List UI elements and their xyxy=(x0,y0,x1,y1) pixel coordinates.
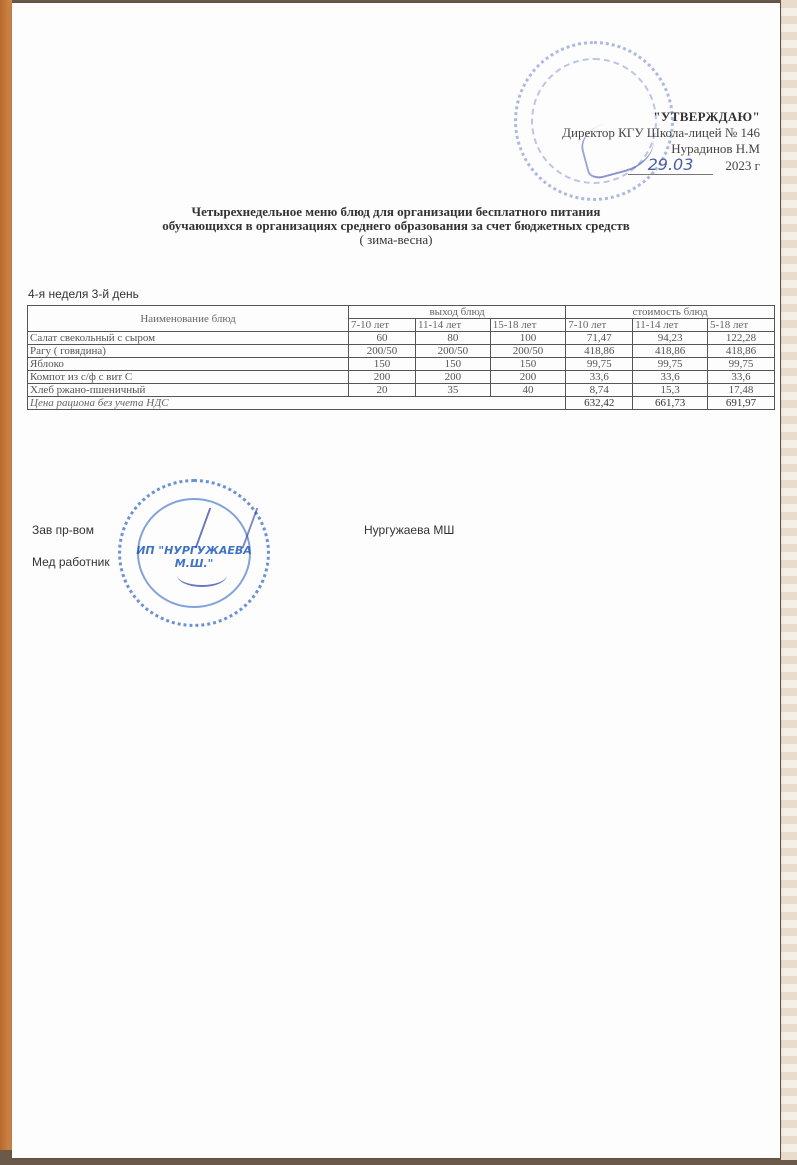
photo-background-edge-left xyxy=(0,0,12,1150)
table-header-row: Наименование блюд выход блюд стоимость б… xyxy=(28,306,775,319)
yield-value: 200/50 xyxy=(415,345,490,358)
yield-value: 200/50 xyxy=(349,345,416,358)
yield-value: 60 xyxy=(349,332,416,345)
header-cost-age: 11-14 лет xyxy=(633,319,708,332)
cost-value: 99,75 xyxy=(633,358,708,371)
yield-value: 150 xyxy=(349,358,416,371)
header-cost-age: 7-10 лет xyxy=(566,319,633,332)
document-title: Четырехнедельное меню блюд для организац… xyxy=(12,205,780,247)
yield-value: 200/50 xyxy=(490,345,565,358)
total-label: Цена рациона без учета НДС xyxy=(28,397,566,410)
table-row: Хлеб ржано-пшеничный2035408,7415,317,48 xyxy=(28,384,775,397)
week-day-label: 4-я неделя 3-й день xyxy=(28,287,139,301)
approval-year: 2023 г xyxy=(725,158,760,173)
cost-value: 99,75 xyxy=(708,358,775,371)
yield-value: 35 xyxy=(415,384,490,397)
cost-value: 99,75 xyxy=(566,358,633,371)
cost-value: 33,6 xyxy=(708,371,775,384)
dish-name: Рагу ( говядина) xyxy=(28,345,349,358)
total-value: 691,97 xyxy=(708,397,775,410)
cost-value: 418,86 xyxy=(566,345,633,358)
production-manager-name: Нургужаева МШ xyxy=(364,523,454,537)
yield-value: 200 xyxy=(415,371,490,384)
header-cost: стоимость блюд xyxy=(566,306,775,319)
cost-value: 8,74 xyxy=(566,384,633,397)
dish-name: Хлеб ржано-пшеничный xyxy=(28,384,349,397)
cost-value: 122,28 xyxy=(708,332,775,345)
approval-date: 29.032023 г xyxy=(628,157,760,174)
header-yield-age: 11-14 лет xyxy=(415,319,490,332)
cost-value: 418,86 xyxy=(633,345,708,358)
approval-date-handwritten: 29.03 xyxy=(628,155,714,175)
cost-value: 33,6 xyxy=(633,371,708,384)
table-row: Салат свекольный с сыром608010071,4794,2… xyxy=(28,332,775,345)
approval-position: Директор КГУ Школа-лицей № 146 xyxy=(562,125,760,141)
header-yield-age: 15-18 лет xyxy=(490,319,565,332)
title-line-3: ( зима-весна) xyxy=(12,233,780,247)
medic-signature xyxy=(177,563,227,587)
cost-value: 94,23 xyxy=(633,332,708,345)
table-row: Яблоко15015015099,7599,7599,75 xyxy=(28,358,775,371)
yield-value: 80 xyxy=(415,332,490,345)
yield-value: 200 xyxy=(349,371,416,384)
dish-name: Яблоко xyxy=(28,358,349,371)
yield-value: 200 xyxy=(490,371,565,384)
approval-block: "УТВЕРЖДАЮ" Директор КГУ Школа-лицей № 1… xyxy=(562,109,760,174)
document-page: "УТВЕРЖДАЮ" Директор КГУ Школа-лицей № 1… xyxy=(12,3,780,1158)
company-stamp: ИП "НУРГУЖАЕВА М.Ш." xyxy=(118,479,270,627)
cost-value: 15,3 xyxy=(633,384,708,397)
cost-value: 418,86 xyxy=(708,345,775,358)
table-row: Рагу ( говядина)200/50200/50200/50418,86… xyxy=(28,345,775,358)
header-yield-age: 7-10 лет xyxy=(349,319,416,332)
table-total-row: Цена рациона без учета НДС632,42661,7369… xyxy=(28,397,775,410)
header-cost-age: 5-18 лет xyxy=(708,319,775,332)
cost-value: 33,6 xyxy=(566,371,633,384)
total-value: 632,42 xyxy=(566,397,633,410)
menu-table: Наименование блюд выход блюд стоимость б… xyxy=(27,305,775,410)
header-dish-name: Наименование блюд xyxy=(28,306,349,332)
medical-worker-label: Мед работник xyxy=(32,555,110,569)
yield-value: 20 xyxy=(349,384,416,397)
title-line-2: обучающихся в организациях среднего обра… xyxy=(12,219,780,233)
dish-name: Компот из с/ф с вит С xyxy=(28,371,349,384)
yield-value: 100 xyxy=(490,332,565,345)
title-line-1: Четырехнедельное меню блюд для организац… xyxy=(12,205,780,219)
production-manager-label: Зав пр-вом xyxy=(32,523,94,537)
yield-value: 150 xyxy=(415,358,490,371)
photo-background-edge-right xyxy=(781,0,797,1160)
cost-value: 71,47 xyxy=(566,332,633,345)
yield-value: 150 xyxy=(490,358,565,371)
table-row: Компот из с/ф с вит С20020020033,633,633… xyxy=(28,371,775,384)
dish-name: Салат свекольный с сыром xyxy=(28,332,349,345)
header-yield: выход блюд xyxy=(349,306,566,319)
total-value: 661,73 xyxy=(633,397,708,410)
cost-value: 17,48 xyxy=(708,384,775,397)
approval-heading: "УТВЕРЖДАЮ" xyxy=(562,109,760,125)
yield-value: 40 xyxy=(490,384,565,397)
